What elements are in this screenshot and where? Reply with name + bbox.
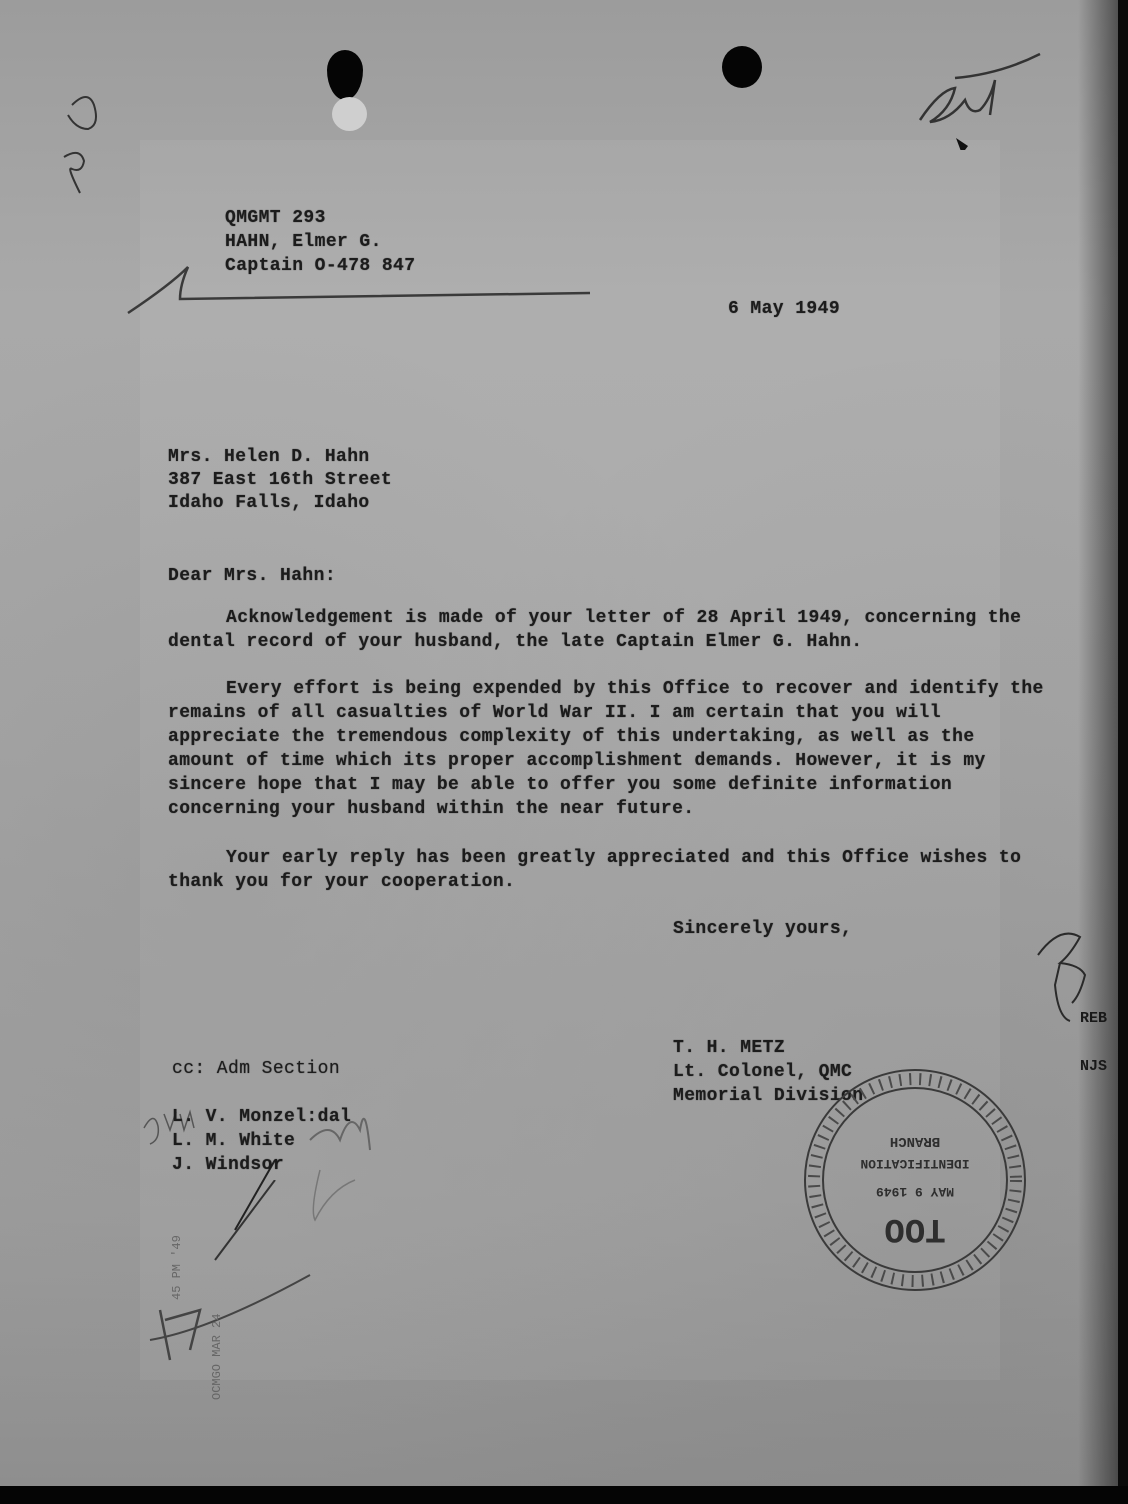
received-stamp-icon: BRANCH IDENTIFICATION MAY 9 1949 TOO xyxy=(800,1060,1030,1300)
svg-text:MAY 9 1949: MAY 9 1949 xyxy=(876,1184,954,1199)
cc-name-2: L. M. White xyxy=(172,1129,295,1153)
bottom-left-stamp-and-scribble-icon: 45 PM '49 OCMGO MAR 24 xyxy=(120,1180,350,1440)
body-paragraph-3: Your early reply has been greatly apprec… xyxy=(168,846,1048,894)
file-reference-line2: HAHN, Elmer G. xyxy=(225,230,382,254)
body-paragraph-2: Every effort is being expended by this O… xyxy=(168,677,1048,821)
handwritten-initial-b-icon xyxy=(1030,925,1110,1025)
cc-label: cc: Adm Section xyxy=(172,1057,340,1081)
margin-initials-njs: NJS xyxy=(1080,1058,1107,1075)
svg-text:BRANCH: BRANCH xyxy=(890,1133,940,1149)
svg-text:IDENTIFICATION: IDENTIFICATION xyxy=(860,1156,969,1171)
handwritten-top-right-icon xyxy=(910,50,1050,150)
salutation: Dear Mrs. Hahn: xyxy=(168,564,336,588)
cc-name-1: L. V. Monzel:dal xyxy=(172,1105,351,1129)
handwritten-top-left-icon xyxy=(50,85,120,195)
punch-hole-left-reinforcement xyxy=(332,97,367,131)
recipient-city: Idaho Falls, Idaho xyxy=(168,491,370,515)
closing: Sincerely yours, xyxy=(673,917,852,941)
punch-hole-right xyxy=(722,46,762,88)
cc-name-3: J. Windsor xyxy=(172,1153,284,1177)
file-reference-line3: Captain O-478 847 xyxy=(225,254,415,278)
svg-text:OCMGO MAR 24: OCMGO MAR 24 xyxy=(210,1314,224,1400)
scan-border xyxy=(0,1486,1128,1504)
file-reference-line1: QMGMT 293 xyxy=(225,206,326,230)
svg-text:TOO: TOO xyxy=(884,1209,945,1247)
scanned-letter-page: 45 PM '49 OCMGO MAR 24 QMGMT 293 HAHN, E… xyxy=(0,0,1118,1490)
recipient-street: 387 East 16th Street xyxy=(168,468,392,492)
body-paragraph-1: Acknowledgement is made of your letter o… xyxy=(168,606,1048,654)
margin-initials-reb: REB xyxy=(1080,1010,1107,1027)
svg-text:45 PM '49: 45 PM '49 xyxy=(170,1235,184,1300)
recipient-name: Mrs. Helen D. Hahn xyxy=(168,445,370,469)
signer-name: T. H. METZ xyxy=(673,1036,785,1060)
letter-date: 6 May 1949 xyxy=(728,297,840,321)
punch-hole-left xyxy=(327,50,363,100)
